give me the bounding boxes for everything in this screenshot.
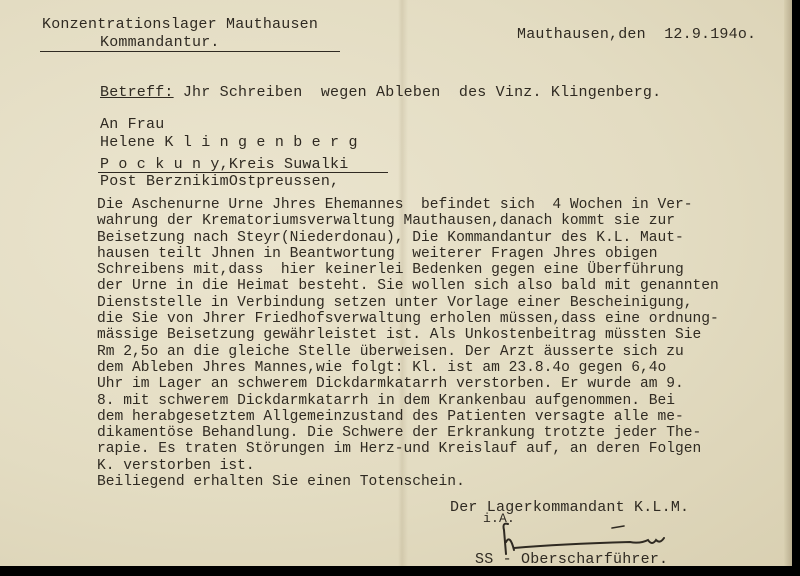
body-line: rapie. Es traten Störungen im Herz-und K…	[97, 441, 719, 457]
scan-border	[0, 566, 800, 576]
letterhead-rule	[40, 51, 340, 52]
signatory-rank: SS - Oberscharführer.	[475, 551, 668, 566]
body-line: Beisetzung nach Steyr(Niederdonau), Die …	[97, 230, 719, 246]
body-line: Uhr im Lager an schwerem Dickdarmkatarrh…	[97, 376, 719, 392]
body-line: der Urne in die Heimat besteht. Sie woll…	[97, 278, 719, 294]
body-line: 8. mit schwerem Dickdarmkatarrh in dem K…	[97, 393, 719, 409]
recipient-post: Post BerznikimOstpreussen,	[100, 173, 339, 191]
body-line: K. verstorben ist.	[97, 458, 719, 474]
body-line: dikamentöse Behandlung. Die Schwere der …	[97, 425, 719, 441]
body-line: Die Aschenurne Urne Jhres Ehemannes befi…	[97, 197, 719, 213]
body-line: wahrung der Krematoriumsverwaltung Mauth…	[97, 213, 719, 229]
body-line: hausen teilt Jhnen in Beantwortung weite…	[97, 246, 719, 262]
subject-label: Betreff:	[100, 84, 174, 101]
letter-page: Konzentrationslager Mauthausen Kommandan…	[0, 0, 792, 566]
body-line: dem Ableben Jhres Mannes,wie folgt: Kl. …	[97, 360, 719, 376]
subject-line: Betreff: Jhr Schreiben wegen Ableben des…	[100, 84, 661, 101]
recipient-name: Helene K l i n g e n b e r g	[100, 134, 358, 152]
letterhead-department: Kommandantur.	[100, 34, 220, 51]
paper-edge	[784, 0, 792, 566]
body-line: mässige Beisetzung gewährleistet ist. Al…	[97, 327, 719, 343]
recipient-salutation: An Frau	[100, 116, 164, 134]
body-line: dem herabgesetztem Allgemeinzustand des …	[97, 409, 719, 425]
body-line: die Sie von Jhrer Friedhofsverwaltung er…	[97, 311, 719, 327]
letter-body: Die Aschenurne Urne Jhres Ehemannes befi…	[97, 197, 719, 490]
body-line: Schreibens mit,dass hier keinerlei Beden…	[97, 262, 719, 278]
letterhead-organization: Konzentrationslager Mauthausen	[42, 16, 318, 33]
subject-text: Jhr Schreiben wegen Ableben des Vinz. Kl…	[174, 84, 662, 101]
body-line: Dienststelle in Verbindung setzen unter …	[97, 295, 719, 311]
date-line: Mauthausen,den 12.9.194o.	[517, 26, 756, 43]
body-line: Rm 2,5o an die gleiche Stelle überweisen…	[97, 344, 719, 360]
body-line: Beiliegend erhalten Sie einen Totenschei…	[97, 474, 719, 490]
